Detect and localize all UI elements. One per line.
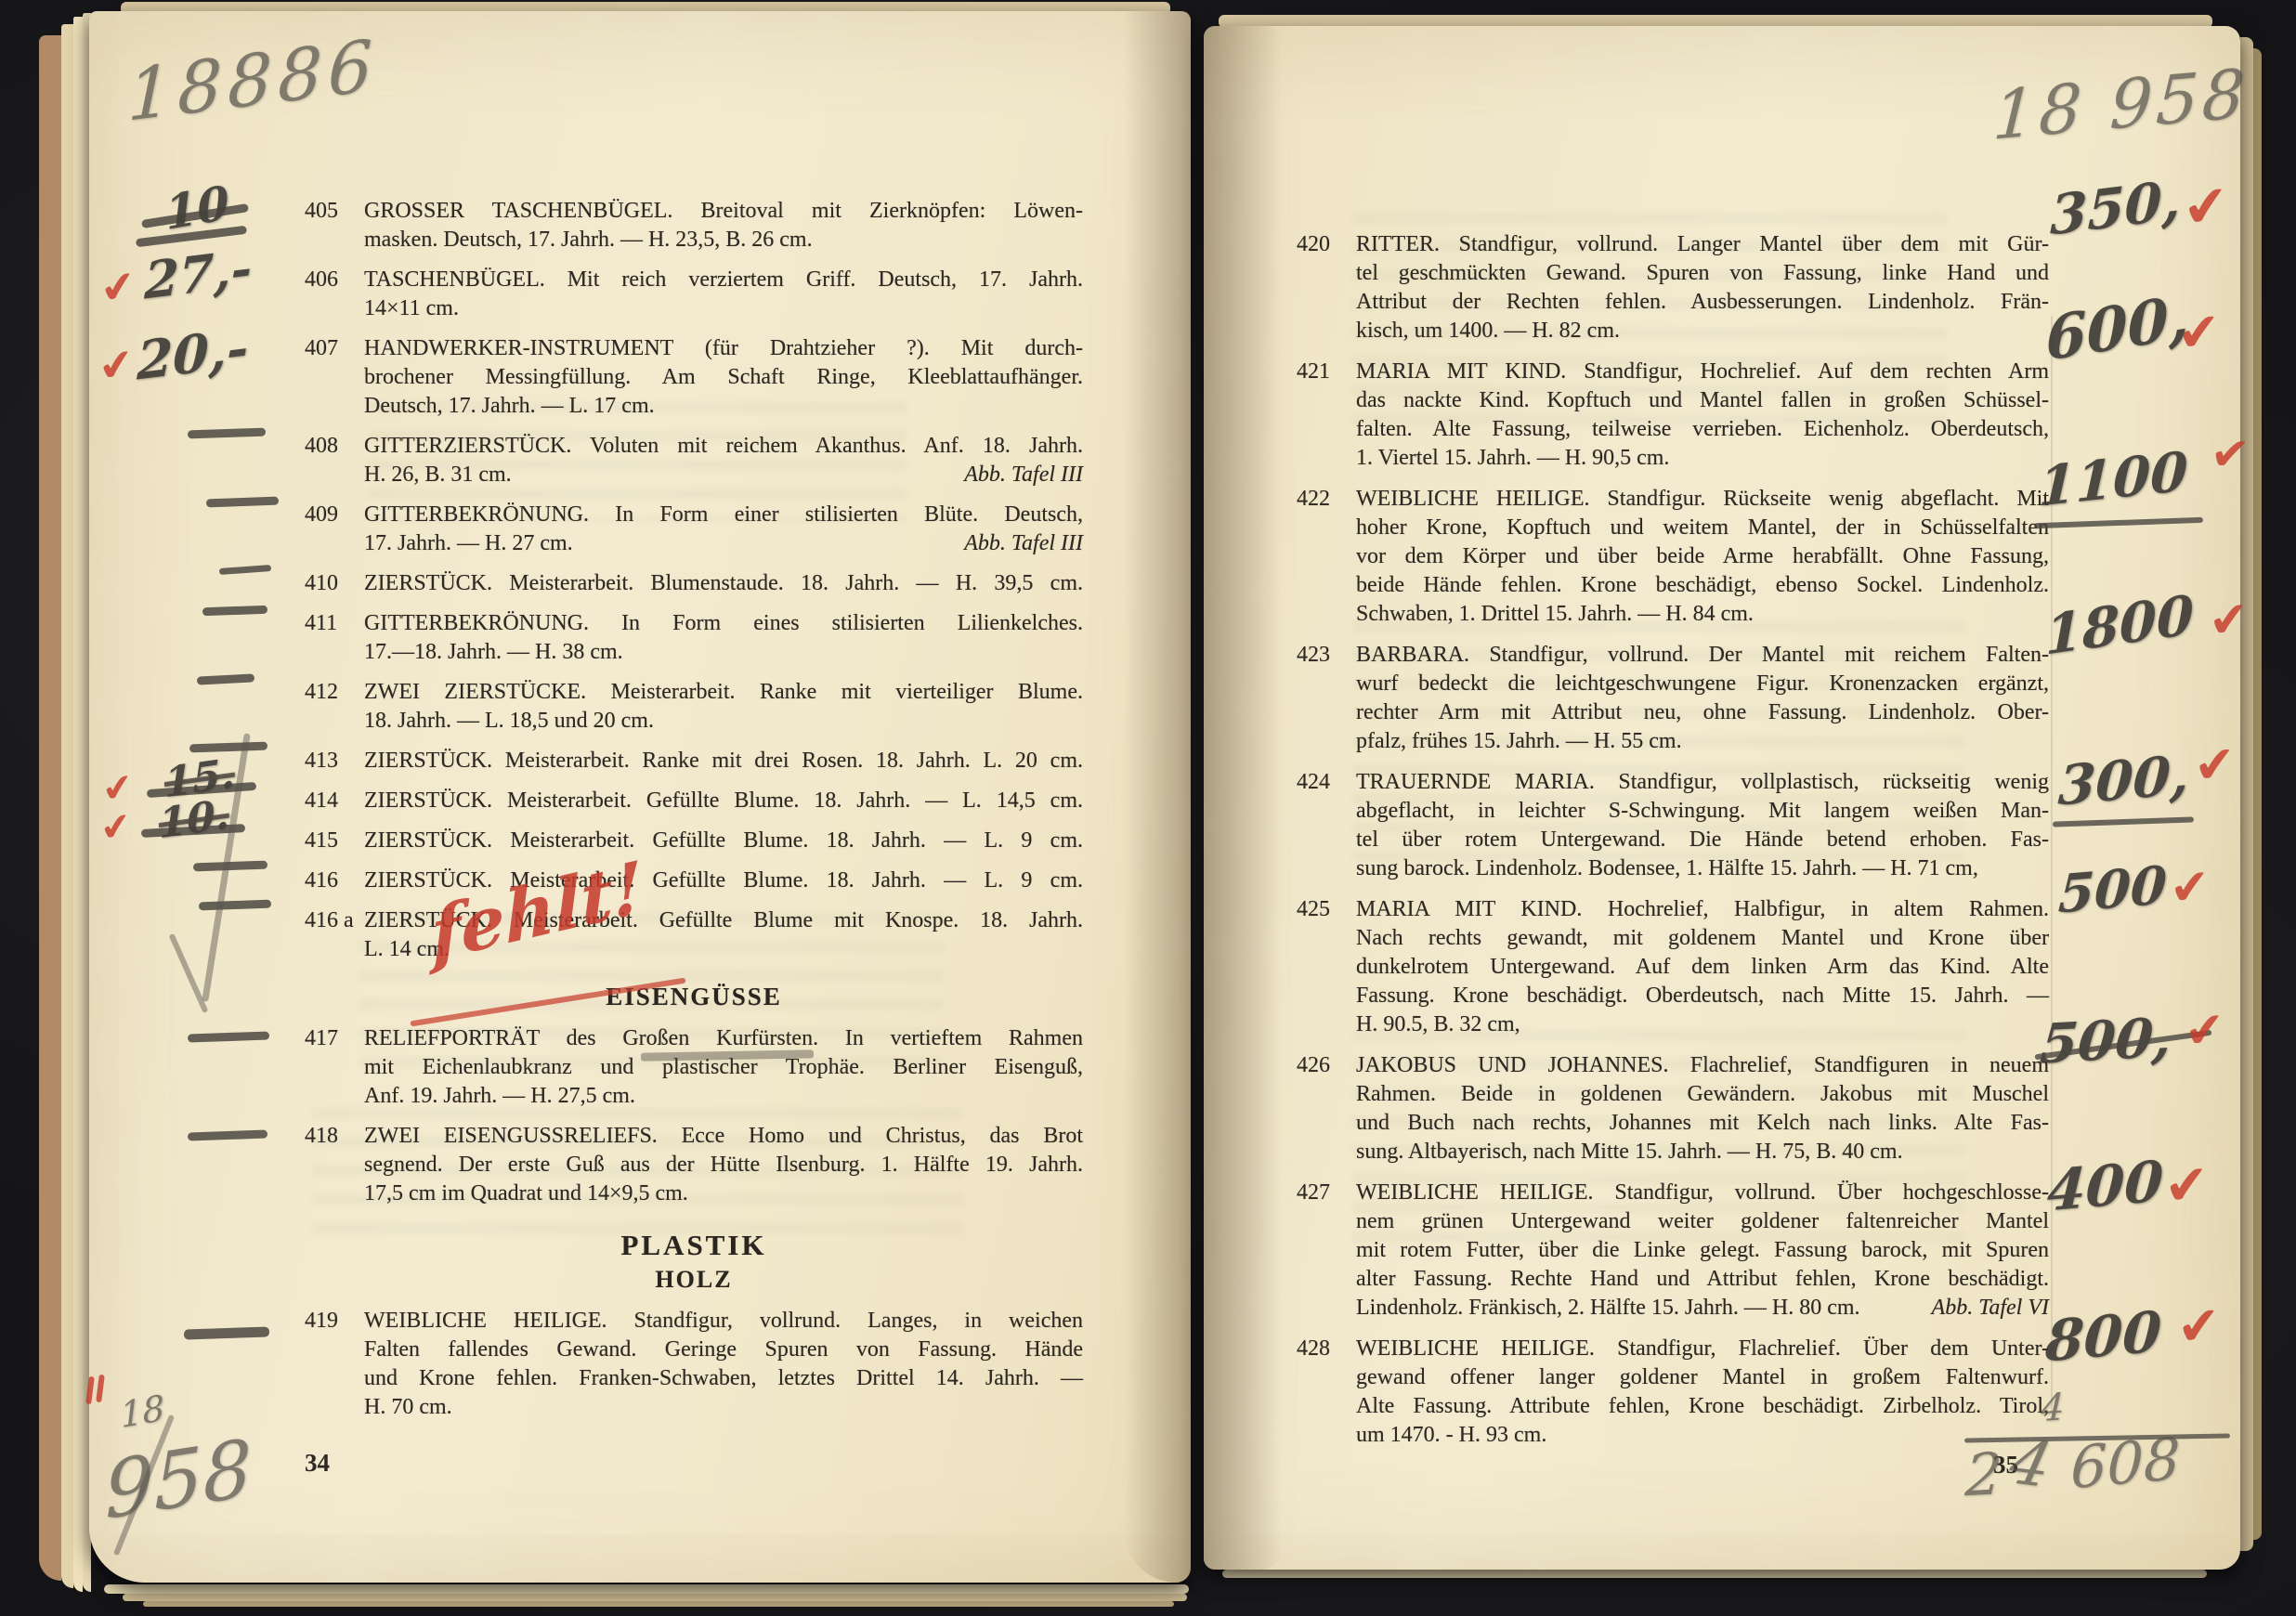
item-text-line: brochener Messingfüllung. Am Schaft Ring… [364, 363, 1083, 392]
item-text-line: GITTERBEKRÖNUNG. In Form einer stilisier… [364, 501, 1083, 529]
item-text-line: Falten fallendes Gewand. Geringe Spuren … [364, 1336, 1083, 1364]
item-text-line: tel geschmückten Gewand. Spuren von Fass… [1356, 259, 2049, 288]
item-lot-number: 413 [305, 747, 338, 775]
item-text-line: kisch, um 1400. — H. 82 cm. [1356, 317, 2049, 345]
page-edge-bottom-right [1222, 1570, 2207, 1578]
catalog-item-416a: 416 aZIERSTÜCK. Meisterarbeit. Gefüllte … [305, 906, 1083, 964]
item-lot-number: 419 [305, 1307, 338, 1336]
section-heading: EISENGÜSSE [305, 983, 1083, 1011]
section-heading: HOLZ [305, 1265, 1083, 1294]
section-heading: PLASTIK [305, 1231, 1083, 1259]
item-text-line: Alte Fassung. Attribute fehlen, Krone be… [1356, 1392, 2049, 1421]
item-text-line: ZIERSTÜCK. Meisterarbeit. Ranke mit drei… [364, 747, 1083, 775]
item-text-line: Lindenholz. Fränkisch, 2. Hälfte 15. Jah… [1356, 1294, 2049, 1323]
item-text-line: vor dem Körper und über beide Arme herab… [1356, 542, 2049, 571]
page-edge-stack-1 [61, 24, 73, 1588]
item-lot-number: 426 [1297, 1051, 1330, 1080]
item-text-line: alter Fassung. Rechte Hand und Attribut … [1356, 1265, 2049, 1294]
catalog-item-405: 405GROSSER TASCHENBÜGEL. Breitoval mit Z… [305, 197, 1083, 254]
item-text-line: abgeflacht, in leichter S-Schwingung. Mi… [1356, 797, 2049, 826]
item-text-line: 18. Jahrh. — L. 18,5 und 20 cm. [364, 707, 1083, 736]
right-fore-edge-dark [2253, 48, 2262, 1540]
item-lot-number: 416 [305, 867, 338, 895]
item-lot-number: 415 [305, 827, 338, 855]
item-text-line: WEIBLICHE HEILIGE. Standfigur, vollrund.… [364, 1307, 1083, 1336]
catalog-item-416: 416ZIERSTÜCK. Meisterarbeit. Gefüllte Bl… [305, 867, 1083, 895]
catalog-item-410: 410ZIERSTÜCK. Meisterarbeit. Blumenstaud… [305, 569, 1083, 598]
left-page: 405GROSSER TASCHENBÜGEL. Breitoval mit Z… [89, 11, 1191, 1583]
item-lot-number: 418 [305, 1122, 338, 1151]
item-lot-number: 410 [305, 569, 338, 598]
item-text-line: 14×11 cm. [364, 294, 1083, 323]
item-text-line: Rahmen. Beide in goldenen Gewändern. Jak… [1356, 1080, 2049, 1109]
page-number-left: 34 [305, 1449, 330, 1478]
page-edge-stack-2 [73, 17, 83, 1592]
catalog-item-427: 427WEIBLICHE HEILIGE. Standfigur, vollru… [1297, 1179, 2049, 1323]
catalog-item-414: 414ZIERSTÜCK. Meisterarbeit. Gefüllte Bl… [305, 787, 1083, 815]
item-lot-number: 408 [305, 432, 338, 461]
item-text-line: 17,5 cm im Quadrat und 14×9,5 cm. [364, 1179, 1083, 1208]
item-lot-number: 421 [1297, 358, 1330, 386]
item-text-line: RITTER. Standfigur, vollrund. Langer Man… [1356, 230, 2049, 259]
item-text-line: WEIBLICHE HEILIGE. Standfigur, Flachreli… [1356, 1335, 2049, 1363]
item-lot-number: 407 [305, 334, 338, 363]
item-lot-number: 414 [305, 787, 338, 815]
item-text-line: BARBARA. Standfigur, vollrund. Der Mante… [1356, 641, 2049, 670]
book-fore-edge-outer [39, 35, 61, 1581]
item-text-line: segnend. Der erste Guß aus der Hütte Ils… [364, 1151, 1083, 1179]
item-text-line: Anf. 19. Jahrh. — H. 27,5 cm. [364, 1082, 1083, 1111]
catalog-item-407: 407HANDWERKER-INSTRUMENT (für Drahtziehe… [305, 334, 1083, 421]
item-lot-number: 424 [1297, 768, 1330, 797]
catalog-item-424: 424TRAUERNDE MARIA. Standfigur, vollplas… [1297, 768, 2049, 883]
catalog-item-423: 423BARBARA. Standfigur, vollrund. Der Ma… [1297, 641, 2049, 756]
item-text-line: sung barock. Lindenholz. Bodensee, 1. Hä… [1356, 854, 2049, 883]
item-text-line: tel über rotem Untergewand. Die Hände be… [1356, 826, 2049, 854]
item-text-line: 17.—18. Jahrh. — H. 38 cm. [364, 638, 1083, 667]
item-text-line: H. 26, B. 31 cm. [364, 461, 512, 489]
item-text-line: ZIERSTÜCK. Meisterarbeit. Gefüllte Blume… [364, 827, 1083, 855]
item-lot-number: 405 [305, 197, 338, 226]
page-edge-bottom-3 [143, 1601, 1174, 1607]
item-text-line: masken. Deutsch, 17. Jahrh. — H. 23,5, B… [364, 226, 1083, 254]
catalog-item-409: 409GITTERBEKRÖNUNG. In Form einer stilis… [305, 501, 1083, 558]
item-lot-number: 423 [1297, 641, 1330, 670]
item-text-line: 17. Jahrh. — H. 27 cm.Abb. Tafel III [364, 529, 1083, 558]
item-text-line: MARIA MIT KIND. Standfigur, Hochrelief. … [1356, 358, 2049, 386]
catalog-item-419: 419WEIBLICHE HEILIGE. Standfigur, vollru… [305, 1307, 1083, 1422]
item-text-line: ZIERSTÜCK. Meisterarbeit. Gefüllte Blume… [364, 906, 1083, 935]
item-text-line: Fassung. Krone beschädigt. Oberdeutsch, … [1356, 982, 2049, 1010]
plate-reference: Abb. Tafel III [964, 461, 1083, 489]
item-lot-number: 425 [1297, 895, 1330, 924]
item-lot-number: 409 [305, 501, 338, 529]
item-lot-number: 416 a [305, 906, 354, 935]
catalog-item-417: 417RELIEFPORTRÄT des Großen Kurfürsten. … [305, 1024, 1083, 1111]
item-text-line: Nach rechts gewandt, mit goldenem Mantel… [1356, 924, 2049, 953]
item-lot-number: 428 [1297, 1335, 1330, 1363]
catalog-item-411: 411GITTERBEKRÖNUNG. In Form eines stilis… [305, 609, 1083, 667]
catalog-item-408: 408GITTERZIERSTÜCK. Voluten mit reichem … [305, 432, 1083, 489]
right-fore-edge [2240, 37, 2253, 1551]
item-lot-number: 412 [305, 678, 338, 707]
item-lot-number: 422 [1297, 485, 1330, 514]
item-text-line: MARIA MIT KIND. Hochrelief, Halbfigur, i… [1356, 895, 2049, 924]
item-text-line: falten. Alte Fassung, teilweise verriebe… [1356, 415, 2049, 444]
item-text-line: Deutsch, 17. Jahrh. — L. 17 cm. [364, 392, 1083, 421]
item-lot-number: 427 [1297, 1179, 1330, 1207]
item-text-line: Schwaben, 1. Drittel 15. Jahrh. — H. 84 … [1356, 600, 2049, 629]
item-text-line: um 1470. - H. 93 cm. [1356, 1421, 2049, 1450]
item-text-line: hoher Krone, Kopftuch und weitem Mantel,… [1356, 514, 2049, 542]
item-text-line: H. 90.5, B. 32 cm, [1356, 1010, 2049, 1039]
item-lot-number: 420 [1297, 230, 1330, 259]
item-lot-number: 417 [305, 1024, 338, 1053]
item-text-line: mit rotem Futter, über die Linke gelegt.… [1356, 1236, 2049, 1265]
left-text-column: 405GROSSER TASCHENBÜGEL. Breitoval mit Z… [305, 197, 1083, 1433]
catalog-item-418: 418ZWEI EISENGUSSRELIEFS. Ecce Homo und … [305, 1122, 1083, 1208]
item-text-line: WEIBLICHE HEILIGE. Standfigur. Rückseite… [1356, 485, 2049, 514]
plate-reference: Abb. Tafel VI [1932, 1294, 2049, 1323]
item-text-line: L. 14 cm. [364, 935, 1083, 964]
item-lot-number: 406 [305, 266, 338, 294]
item-text-line: H. 70 cm. [364, 1393, 1083, 1422]
item-text-line: ZIERSTÜCK. Meisterarbeit. Gefüllte Blume… [364, 787, 1083, 815]
item-text-line: dunkelrotem Untergewand. Auf dem linken … [1356, 953, 2049, 982]
plate-reference: Abb. Tafel III [964, 529, 1083, 558]
catalog-item-422: 422WEIBLICHE HEILIGE. Standfigur. Rückse… [1297, 485, 2049, 629]
item-text-line: nem grünen Untergewand weiter goldener f… [1356, 1207, 2049, 1236]
item-text-line: GITTERBEKRÖNUNG. In Form eines stilisier… [364, 609, 1083, 638]
item-text-line: GITTERZIERSTÜCK. Voluten mit reichem Aka… [364, 432, 1083, 461]
item-text-line: WEIBLICHE HEILIGE. Standfigur, vollrund.… [1356, 1179, 2049, 1207]
catalog-item-426: 426JAKOBUS UND JOHANNES. Flachrelief, St… [1297, 1051, 2049, 1166]
item-text-line: das nackte Kind. Kopftuch und Mantel fal… [1356, 386, 2049, 415]
item-text-line: TASCHENBÜGEL. Mit reich verziertem Griff… [364, 266, 1083, 294]
auction-catalog-photo: { "document_type": "auction catalog spre… [0, 0, 2296, 1616]
item-text-line: ZWEI EISENGUSSRELIEFS. Ecce Homo und Chr… [364, 1122, 1083, 1151]
item-text-line: gewand offener langer goldener Mantel in… [1356, 1363, 2049, 1392]
item-text-line: H. 26, B. 31 cm.Abb. Tafel III [364, 461, 1083, 489]
catalog-item-412: 412ZWEI ZIERSTÜCKE. Meisterarbeit. Ranke… [305, 678, 1083, 736]
pencil-crease-line [2051, 316, 2053, 1412]
item-text-line: TRAUERNDE MARIA. Standfigur, vollplastis… [1356, 768, 2049, 797]
item-text-line: beide Hände fehlen. Krone beschädigt, eb… [1356, 571, 2049, 600]
catalog-item-406: 406TASCHENBÜGEL. Mit reich verziertem Gr… [305, 266, 1083, 323]
item-text-line: HANDWERKER-INSTRUMENT (für Drahtzieher ?… [364, 334, 1083, 363]
item-text-line: pfalz, frühes 15. Jahrh. — H. 55 cm. [1356, 727, 2049, 756]
catalog-item-420: 420RITTER. Standfigur, vollrund. Langer … [1297, 230, 2049, 345]
item-text-line: 17. Jahrh. — H. 27 cm. [364, 529, 573, 558]
item-text-line: und Krone fehlen. Franken-Schwaben, letz… [364, 1364, 1083, 1393]
item-text-line: JAKOBUS UND JOHANNES. Flachrelief, Stand… [1356, 1051, 2049, 1080]
page-number-right: 35 [1993, 1451, 2018, 1479]
catalog-item-421: 421MARIA MIT KIND. Standfigur, Hochrelie… [1297, 358, 2049, 473]
item-text-line: ZIERSTÜCK. Meisterarbeit. Blumenstaude. … [364, 569, 1083, 598]
page-edge-bottom-2 [123, 1594, 1187, 1601]
item-text-line: und Buch nach rechts, Johannes mit Kelch… [1356, 1109, 2049, 1138]
item-text-line: sung. Altbayerisch, nach Mitte 15. Jahrh… [1356, 1138, 2049, 1166]
item-text-line: GROSSER TASCHENBÜGEL. Breitoval mit Zier… [364, 197, 1083, 226]
catalog-item-413: 413ZIERSTÜCK. Meisterarbeit. Ranke mit d… [305, 747, 1083, 775]
catalog-item-425: 425MARIA MIT KIND. Hochrelief, Halbfigur… [1297, 895, 2049, 1039]
item-text-line: wurf bedeckt die leichtgeschwungene Figu… [1356, 670, 2049, 698]
item-text-line: Attribut der Rechten fehlen. Ausbesserun… [1356, 288, 2049, 317]
item-text-line: 1. Viertel 15. Jahrh. — H. 90,5 cm. [1356, 444, 2049, 473]
item-text-line: Lindenholz. Fränkisch, 2. Hälfte 15. Jah… [1356, 1294, 1860, 1323]
item-text-line: rechter Arm mit Attribut neu, ohne Fassu… [1356, 698, 2049, 727]
item-text-line: ZWEI ZIERSTÜCKE. Meisterarbeit. Ranke mi… [364, 678, 1083, 707]
item-lot-number: 411 [305, 609, 337, 638]
page-edge-bottom-1 [104, 1584, 1189, 1594]
catalog-item-415: 415ZIERSTÜCK. Meisterarbeit. Gefüllte Bl… [305, 827, 1083, 855]
catalog-item-428: 428WEIBLICHE HEILIGE. Standfigur, Flachr… [1297, 1335, 2049, 1450]
item-text-line: ZIERSTÜCK. Meisterarbeit. Gefüllte Blume… [364, 867, 1083, 895]
right-page: 420RITTER. Standfigur, vollrund. Langer … [1204, 26, 2240, 1570]
item-text-line: RELIEFPORTRÄT des Großen Kurfürsten. In … [364, 1024, 1083, 1053]
right-text-column: 420RITTER. Standfigur, vollrund. Langer … [1297, 230, 2049, 1462]
